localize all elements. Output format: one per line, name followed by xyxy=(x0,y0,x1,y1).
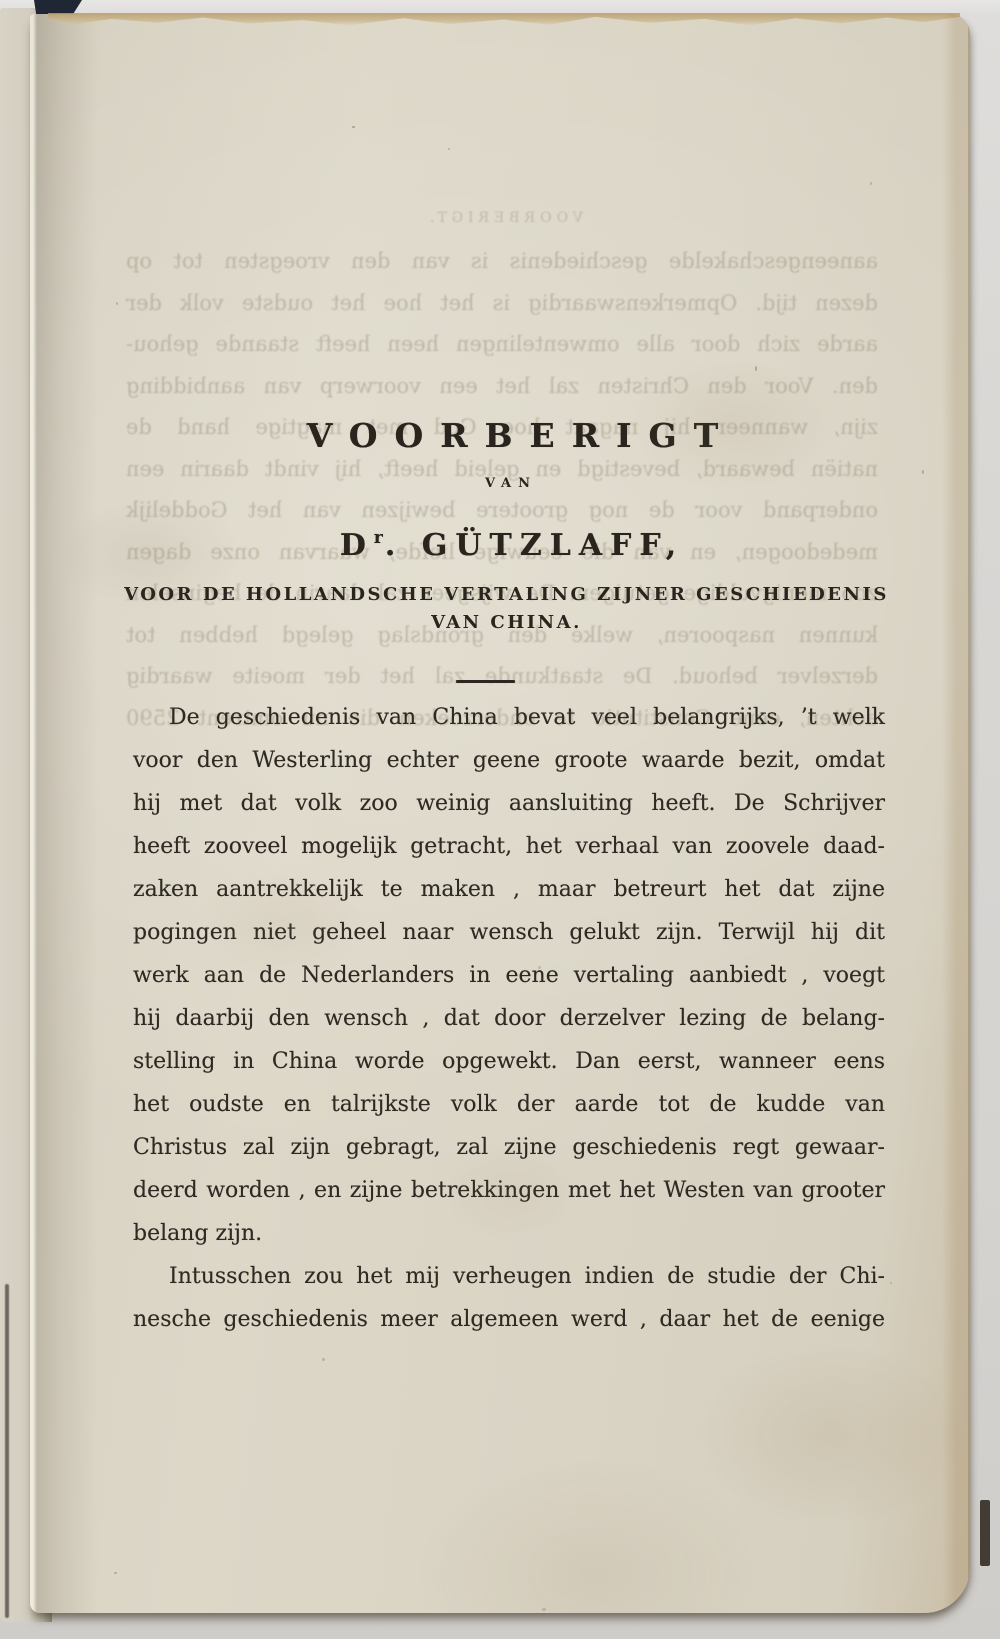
cover-board-edge xyxy=(5,1284,9,1618)
body-line: voor den Westerling echter geene groote … xyxy=(133,739,885,782)
body-line: heeft zooveel mogelijk getracht, het ver… xyxy=(133,825,885,868)
page-title: VOORBERIGT xyxy=(48,416,977,456)
body-text: De geschiedenis van China bevat veel bel… xyxy=(133,696,885,1341)
body-line: nesche geschiedenis meer algemeen werd ,… xyxy=(133,1298,885,1341)
body-line: zaken aantrekkelijk te maken , maar betr… xyxy=(133,868,885,911)
ghost-line: aaneengeschakelde geschiedenis is van de… xyxy=(126,241,878,283)
author-superscript: r xyxy=(374,528,385,548)
van-label: VAN xyxy=(48,476,967,492)
author-initial: D xyxy=(340,528,374,563)
deckled-top-edge xyxy=(48,13,960,26)
body-line: Intusschen zou het mij verheugen indien … xyxy=(133,1255,885,1298)
book-photo: VOORBERIGT. aaneengeschakelde geschieden… xyxy=(0,0,1000,1639)
paper-speck xyxy=(114,1572,117,1574)
paper-speck xyxy=(116,302,118,305)
book-page: VOORBERIGT. aaneengeschakelde geschieden… xyxy=(30,14,970,1613)
body-line: hij met dat volk zoo weinig aansluiting … xyxy=(133,782,885,825)
body-line: De geschiedenis van China bevat veel bel… xyxy=(133,696,885,739)
ghost-line: aarde zich door alle omwentelingen heen … xyxy=(126,324,878,366)
body-line: pogingen niet geheel naar wensch gelukt … xyxy=(133,911,885,954)
paper-speck xyxy=(890,1282,892,1284)
paper-speck xyxy=(542,1608,546,1611)
paper-speck xyxy=(922,470,924,474)
paper-speck xyxy=(448,148,450,150)
ghost-line: dezen tijd. Opmerkenswaardig is het hoe … xyxy=(126,283,878,325)
subtitle-line-1: VOOR DE HOLLANDSCHE VERTALING ZIJNER GES… xyxy=(51,581,963,609)
paper-speck xyxy=(352,126,355,128)
ghost-line: den. Voor den Christen zal het een voorw… xyxy=(126,366,878,408)
body-line: stelling in China worde opgewekt. Dan ee… xyxy=(133,1040,885,1083)
paper-speck xyxy=(322,1358,325,1361)
author-rest: . GÜTZLAFF, xyxy=(385,528,684,563)
body-line: Christus zal zijn gebragt, zal zijne ges… xyxy=(133,1126,885,1169)
body-line: deerd worden , en zijne betrekkingen met… xyxy=(133,1169,885,1212)
ghost-line: derzelver behoud. De staatkunde zal het … xyxy=(126,656,878,698)
body-line: belang zijn. xyxy=(133,1212,885,1255)
subtitle-line-2: VAN CHINA. xyxy=(51,609,963,637)
author-name: Dr. GÜTZLAFF, xyxy=(48,519,968,565)
body-line: het oudste en talrijkste volk der aarde … xyxy=(133,1083,885,1126)
subtitle: VOOR DE HOLLANDSCHE VERTALING ZIJNER GES… xyxy=(48,581,963,637)
ghost-header-showthrough: VOORBERIGT. xyxy=(48,210,960,226)
body-line: werk aan de Nederlanders in eene vertali… xyxy=(133,954,885,997)
body-line: hij daarbij den wensch , dat door derzel… xyxy=(133,997,885,1040)
cover-board-sliver xyxy=(980,1500,990,1566)
paper-speck xyxy=(870,182,872,185)
section-divider-rule xyxy=(456,680,515,683)
